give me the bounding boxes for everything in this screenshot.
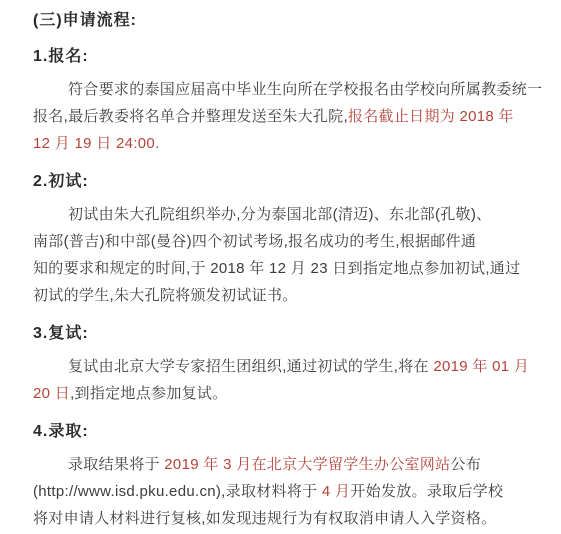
url-text: (http://www.isd.pku.edu.cn),录取材料将于 — [33, 483, 322, 500]
text-line: (http://www.isd.pku.edu.cn),录取材料将于 4 月开始… — [33, 478, 535, 505]
body-text: 录取结果将于 — [68, 456, 164, 473]
page-title: (三)申请流程: — [33, 10, 535, 32]
text-line: 符合要求的泰国应届高中毕业生向所在学校报名由学校向所属教委统一 — [33, 76, 535, 103]
body-text: 将对申请人材料进行复核,如发现违规行为有权取消申请人入学资格。 — [33, 510, 496, 527]
section-paragraph: 符合要求的泰国应届高中毕业生向所在学校报名由学校向所属教委统一报名,最后教委将名… — [33, 76, 535, 157]
text-line: 报名,最后教委将名单合并整理发送至朱大孔院,报名截止日期为 2018 年 — [33, 103, 535, 130]
highlight-red-text: 报名截止日期为 2018 年 — [348, 108, 514, 125]
section-3: 3.复试:复试由北京大学专家招生团组织,通过初试的学生,将在 2019 年 01… — [33, 323, 535, 407]
document-page: { "page": { "background": "#ffffff", "te… — [0, 0, 561, 534]
section-title: 4.录取: — [33, 421, 535, 443]
text-line: 将对申请人材料进行复核,如发现违规行为有权取消申请人入学资格。 — [33, 505, 535, 532]
body-text: 符合要求的泰国应届高中毕业生向所在学校报名由学校向所属教委统一 — [68, 81, 542, 98]
body-text: 知的要求和规定的时间,于 2018 年 12 月 23 日到指定地点参加初试,通… — [33, 260, 520, 277]
highlight-red-text: 2019 年 01 月 — [433, 358, 529, 375]
highlight-red-text: 12 月 19 日 24:00. — [33, 135, 160, 152]
section-paragraph: 录取结果将于 2019 年 3 月在北京大学留学生办公室网站公布(http://… — [33, 451, 535, 532]
section-2: 2.初试:初试由朱大孔院组织举办,分为泰国北部(清迈)、东北部(孔敬)、南部(普… — [33, 171, 535, 309]
body-text: 初试由朱大孔院组织举办,分为泰国北部(清迈)、东北部(孔敬)、 — [68, 206, 491, 223]
text-line: 知的要求和规定的时间,于 2018 年 12 月 23 日到指定地点参加初试,通… — [33, 255, 535, 282]
text-line: 复试由北京大学专家招生团组织,通过初试的学生,将在 2019 年 01 月 — [33, 353, 535, 380]
section-paragraph: 复试由北京大学专家招生团组织,通过初试的学生,将在 2019 年 01 月20 … — [33, 353, 535, 407]
text-line: 录取结果将于 2019 年 3 月在北京大学留学生办公室网站公布 — [33, 451, 535, 478]
document-body: 1.报名:符合要求的泰国应届高中毕业生向所在学校报名由学校向所属教委统一报名,最… — [33, 46, 535, 532]
body-text: 开始发放。录取后学校 — [350, 483, 503, 500]
body-text: 报名,最后教委将名单合并整理发送至朱大孔院, — [33, 108, 348, 125]
body-text: 南部(普吉)和中部(曼谷)四个初试考场,报名成功的考生,根据邮件通 — [33, 233, 476, 250]
text-line: 初试的学生,朱大孔院将颁发初试证书。 — [33, 282, 535, 309]
highlight-red-text: 20 日 — [33, 385, 70, 402]
section-title: 1.报名: — [33, 46, 535, 68]
section-1: 1.报名:符合要求的泰国应届高中毕业生向所在学校报名由学校向所属教委统一报名,最… — [33, 46, 535, 157]
section-paragraph: 初试由朱大孔院组织举办,分为泰国北部(清迈)、东北部(孔敬)、南部(普吉)和中部… — [33, 201, 535, 309]
highlight-red-text: 2019 年 3 月在北京大学留学生办公室网站 — [164, 456, 450, 473]
body-text: 公布 — [450, 456, 481, 473]
section-4: 4.录取:录取结果将于 2019 年 3 月在北京大学留学生办公室网站公布(ht… — [33, 421, 535, 532]
body-text: 初试的学生,朱大孔院将颁发初试证书。 — [33, 287, 298, 304]
document-container: (三)申请流程: 1.报名:符合要求的泰国应届高中毕业生向所在学校报名由学校向所… — [0, 0, 561, 532]
highlight-red-text: 4 月 — [322, 483, 350, 500]
text-line: 20 日,到指定地点参加复试。 — [33, 380, 535, 407]
text-line: 12 月 19 日 24:00. — [33, 130, 535, 157]
text-line: 初试由朱大孔院组织举办,分为泰国北部(清迈)、东北部(孔敬)、 — [33, 201, 535, 228]
body-text: ,到指定地点参加复试。 — [70, 385, 227, 402]
section-title: 2.初试: — [33, 171, 535, 193]
body-text: 复试由北京大学专家招生团组织,通过初试的学生,将在 — [68, 358, 433, 375]
section-title: 3.复试: — [33, 323, 535, 345]
text-line: 南部(普吉)和中部(曼谷)四个初试考场,报名成功的考生,根据邮件通 — [33, 228, 535, 255]
